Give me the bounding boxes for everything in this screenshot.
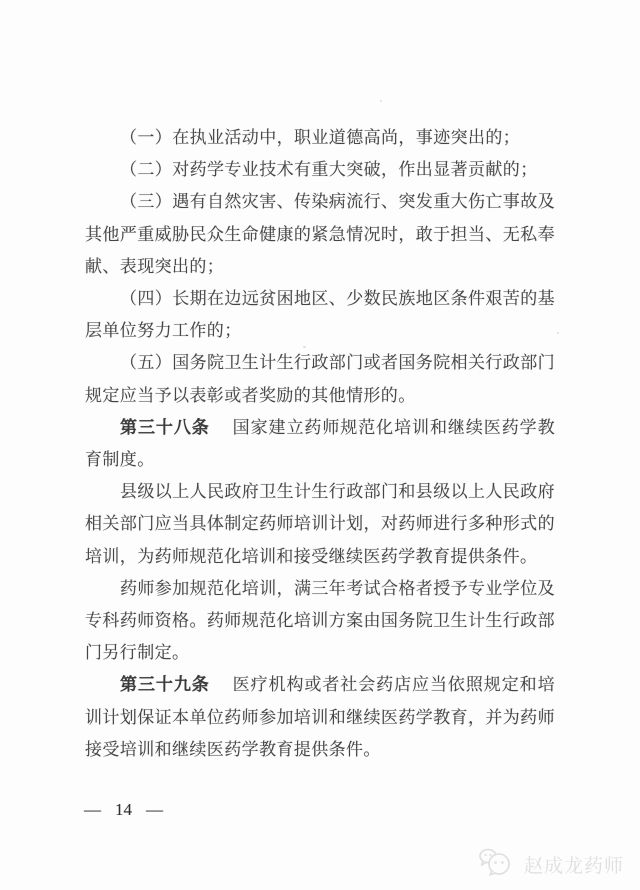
watermark-text: 赵成龙药师 [524, 851, 624, 878]
page-number-value: 14 [115, 800, 132, 820]
paragraph-6: 第三十八条 国家建立药师规范化培训和继续医药学教育制度。 [85, 412, 555, 476]
document-body: （一）在执业活动中，职业道德高尚，事迹突出的；（二）对药学专业技术有重大突破，作… [85, 122, 555, 766]
document-page: （一）在执业活动中，职业道德高尚，事迹突出的；（二）对药学专业技术有重大突破，作… [0, 0, 640, 890]
paragraph-4: （四）长期在边远贫困地区、少数民族地区条件艰苦的基层单位努力工作的； [85, 283, 555, 347]
scan-speck [303, 346, 306, 348]
text-run: （五）国务院卫生计生行政部门或者国务院相关行政部门规定应当予以表彰或者奖励的其他… [85, 353, 555, 404]
paragraph-3: （三）遇有自然灾害、传染病流行、突发重大伤亡事故及其他严重威胁民众生命健康的紧急… [85, 186, 555, 283]
paragraph-7: 县级以上人民政府卫生计生行政部门和县级以上人民政府相关部门应当具体制定药师培训计… [85, 476, 555, 573]
scan-speck [380, 100, 382, 102]
text-run: 药师参加规范化培训，满三年考试合格者授予专业学位及专科药师资格。药师规范化培训方… [85, 579, 555, 662]
page-number-dash-right: — [146, 800, 163, 820]
paragraph-9: 第三十九条 医疗机构或者社会药店应当依照规定和培训计划保证本单位药师参加培训和继… [85, 669, 555, 766]
paragraph-5: （五）国务院卫生计生行政部门或者国务院相关行政部门规定应当予以表彰或者奖励的其他… [85, 347, 555, 411]
page-number: — 14 — [84, 800, 163, 820]
wechat-icon [477, 848, 517, 880]
paragraph-8: 药师参加规范化培训，满三年考试合格者授予专业学位及专科药师资格。药师规范化培训方… [85, 573, 555, 670]
watermark: 赵成龙药师 [477, 848, 624, 880]
text-run: 县级以上人民政府卫生计生行政部门和县级以上人民政府相关部门应当具体制定药师培训计… [85, 482, 555, 565]
page-number-dash-left: — [84, 800, 101, 820]
text-run: （三）遇有自然灾害、传染病流行、突发重大伤亡事故及其他严重威胁民众生命健康的紧急… [85, 192, 555, 275]
text-run: （一）在执业活动中，职业道德高尚，事迹突出的； [120, 128, 520, 147]
paragraph-1: （一）在执业活动中，职业道德高尚，事迹突出的； [85, 122, 555, 154]
article-number: 第三十八条 [120, 418, 210, 437]
paragraph-2: （二）对药学专业技术有重大突破，作出显著贡献的； [85, 154, 555, 186]
article-number: 第三十九条 [120, 675, 210, 694]
scan-speck [468, 722, 471, 724]
text-run: （二）对药学专业技术有重大突破，作出显著贡献的； [120, 160, 538, 179]
text-run: （四）长期在边远贫困地区、少数民族地区条件艰苦的基层单位努力工作的； [85, 289, 555, 340]
scan-speck [557, 332, 559, 334]
